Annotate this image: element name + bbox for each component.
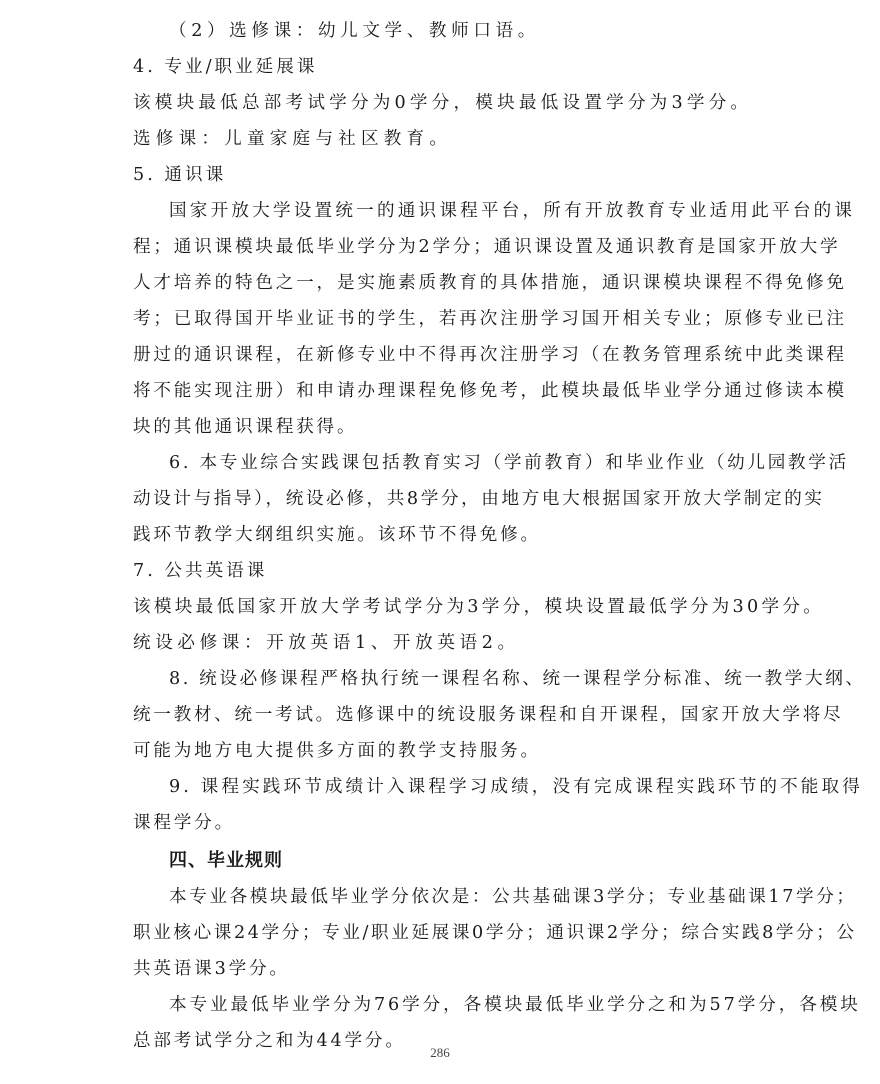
text-line: 本专业各模块最低毕业学分依次是：公共基础课3学分；专业基础课17学分； xyxy=(133,879,747,915)
text-line: 考；已取得国开毕业证书的学生，若再次注册学习国开相关专业；原修专业已注 xyxy=(133,301,747,337)
section-heading-graduation-rules: 四、毕业规则 xyxy=(133,843,747,879)
elective-courses-line: （2）选修课：幼儿文学、教师口语。 xyxy=(133,13,747,49)
text-line: 册过的通识课程，在新修专业中不得再次注册学习（在教务管理系统中此类课程 xyxy=(133,337,747,373)
text-line: 9. 课程实践环节成绩计入课程学习成绩，没有完成课程实践环节的不能取得 xyxy=(133,769,747,805)
practice-course-paragraph: 6. 本专业综合实践课包括教育实习（学前教育）和毕业作业（幼儿园教学活 动设计与… xyxy=(133,445,747,553)
english-required-paragraph: 统设必修课：开放英语1、开放英语2。 xyxy=(133,625,747,661)
text-line: 动设计与指导），统设必修，共8学分，由地方电大根据国家开放大学制定的实 xyxy=(133,481,747,517)
text-line: 课程学分。 xyxy=(133,805,747,841)
heading-general-education: 5. 通识课 xyxy=(133,157,747,193)
unified-courses-paragraph: 8. 统设必修课程严格执行统一课程名称、统一课程学分标准、统一教学大纲、 统一教… xyxy=(133,661,747,769)
text-line: 块的其他通识课程获得。 xyxy=(133,409,747,445)
heading-extension-courses: 4. 专业/职业延展课 xyxy=(133,49,747,85)
text-line: 可能为地方电大提供多方面的教学支持服务。 xyxy=(133,733,747,769)
graduation-module-credits-paragraph: 本专业各模块最低毕业学分依次是：公共基础课3学分；专业基础课17学分； 职业核心… xyxy=(133,879,747,987)
text-line: 践环节教学大纲组织实施。该环节不得免修。 xyxy=(133,517,747,553)
text-line: 8. 统设必修课程严格执行统一课程名称、统一课程学分标准、统一教学大纲、 xyxy=(133,661,747,697)
text-line: 统一教材、统一考试。选修课中的统设服务课程和自开课程，国家开放大学将尽 xyxy=(133,697,747,733)
practice-grade-paragraph: 9. 课程实践环节成绩计入课程学习成绩，没有完成课程实践环节的不能取得 课程学分… xyxy=(133,769,747,841)
heading-public-english: 7. 公共英语课 xyxy=(133,553,747,589)
general-education-paragraph: 国家开放大学设置统一的通识课程平台，所有开放教育专业适用此平台的课 程；通识课模… xyxy=(133,193,747,445)
text-line: 共英语课3学分。 xyxy=(133,951,747,987)
text-line: 程；通识课模块最低毕业学分为2学分；通识课设置及通识教育是国家开放大学 xyxy=(133,229,747,265)
text-line: 本专业最低毕业学分为76学分，各模块最低毕业学分之和为57学分，各模块 xyxy=(133,987,747,1023)
text-line: 人才培养的特色之一，是实施素质教育的具体措施，通识课模块课程不得免修免 xyxy=(133,265,747,301)
text-line: 将不能实现注册）和申请办理课程免修免考，此模块最低毕业学分通过修读本模 xyxy=(133,373,747,409)
text-line: 6. 本专业综合实践课包括教育实习（学前教育）和毕业作业（幼儿园教学活 xyxy=(133,445,747,481)
document-page: （2）选修课：幼儿文学、教师口语。 4. 专业/职业延展课 该模块最低总部考试学… xyxy=(133,13,747,1059)
english-credits-paragraph: 该模块最低国家开放大学考试学分为3学分，模块设置最低学分为30学分。 xyxy=(133,589,747,625)
text-line: 职业核心课24学分；专业/职业延展课0学分；通识课2学分；综合实践8学分；公 xyxy=(133,915,747,951)
page-number: 286 xyxy=(0,1045,880,1061)
extension-credits-paragraph: 该模块最低总部考试学分为0学分，模块最低设置学分为3学分。 xyxy=(133,85,747,121)
extension-elective-paragraph: 选修课：儿童家庭与社区教育。 xyxy=(133,121,747,157)
text-line: 国家开放大学设置统一的通识课程平台，所有开放教育专业适用此平台的课 xyxy=(133,193,747,229)
